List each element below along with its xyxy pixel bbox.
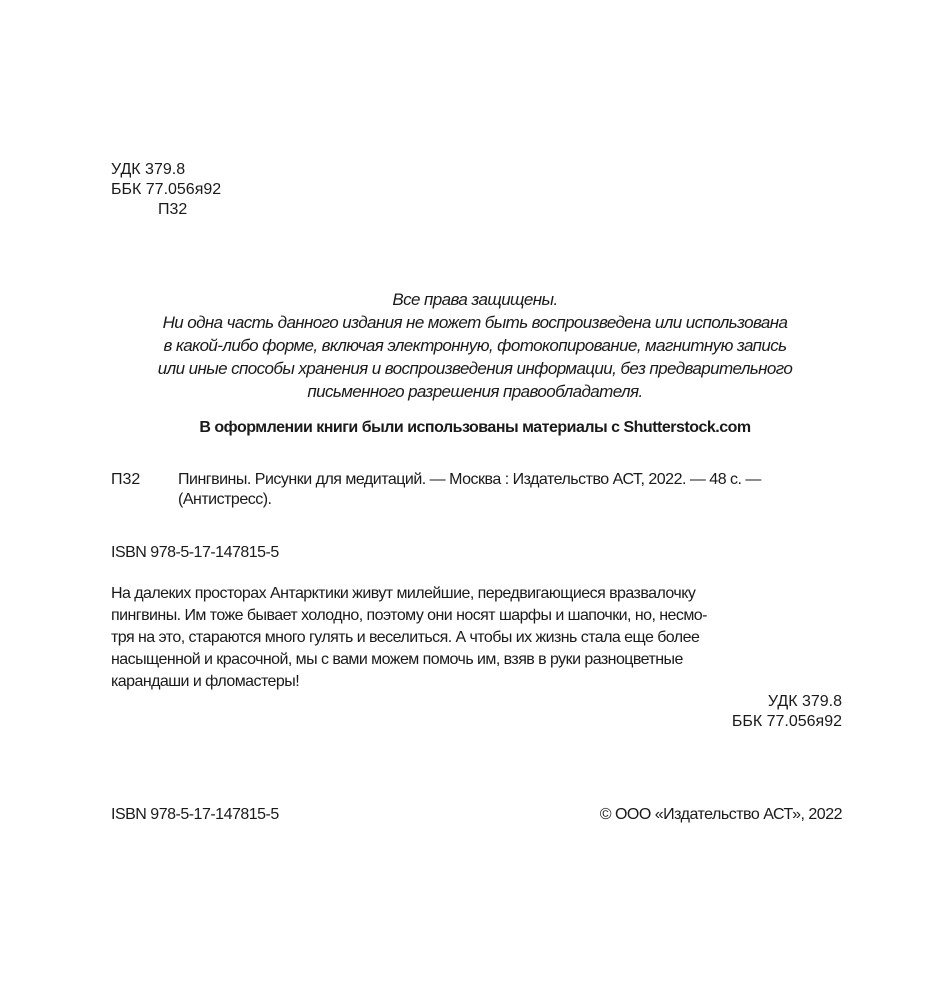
- rights-line: или иные способы хранения и воспроизведе…: [108, 357, 842, 380]
- rights-line: Ни одна часть данного издания не может б…: [108, 311, 842, 334]
- bbk-code: ББК 77.056я92: [111, 180, 221, 200]
- isbn-top: ISBN 978-5-17-147815-5: [111, 543, 279, 563]
- annotation: На далеких просторах Антарктики живут ми…: [111, 583, 845, 693]
- rights-notice: Все права защищены. Ни одна часть данног…: [108, 288, 842, 403]
- author-mark: П32: [111, 200, 221, 220]
- catalog-description: Пингвины. Рисунки для медитаций. — Москв…: [178, 470, 858, 510]
- annotation-line: пингвины. Им тоже бывает холодно, поэтом…: [111, 605, 845, 627]
- classification-codes-top: УДК 379.8 ББК 77.056я92 П32: [111, 160, 221, 220]
- copyright-notice: © ООО «Издательство АСТ», 2022: [600, 805, 842, 825]
- bbk-code: ББК 77.056я92: [732, 712, 842, 732]
- rights-line: письменного разрешения правообладателя.: [108, 380, 842, 403]
- annotation-line: насыщенной и красочной, мы с вами можем …: [111, 649, 845, 671]
- catalog-line: Пингвины. Рисунки для медитаций. — Москв…: [178, 470, 858, 490]
- annotation-line: тря на это, стараются много гулять и вес…: [111, 627, 845, 649]
- rights-line: Все права защищены.: [108, 288, 842, 311]
- udk-code: УДК 379.8: [732, 692, 842, 712]
- annotation-line: карандаши и фломастеры!: [111, 671, 845, 693]
- materials-note: В оформлении книги были использованы мат…: [108, 418, 842, 438]
- annotation-line: На далеких просторах Антарктики живут ми…: [111, 583, 845, 605]
- catalog-line: (Антистресс).: [178, 490, 858, 510]
- udk-code: УДК 379.8: [111, 160, 221, 180]
- isbn-bottom: ISBN 978-5-17-147815-5: [111, 805, 279, 825]
- catalog-code: П32: [111, 470, 140, 490]
- rights-line: в какой-либо форме, включая электронную,…: [108, 334, 842, 357]
- classification-codes-bottom: УДК 379.8 ББК 77.056я92: [732, 692, 842, 732]
